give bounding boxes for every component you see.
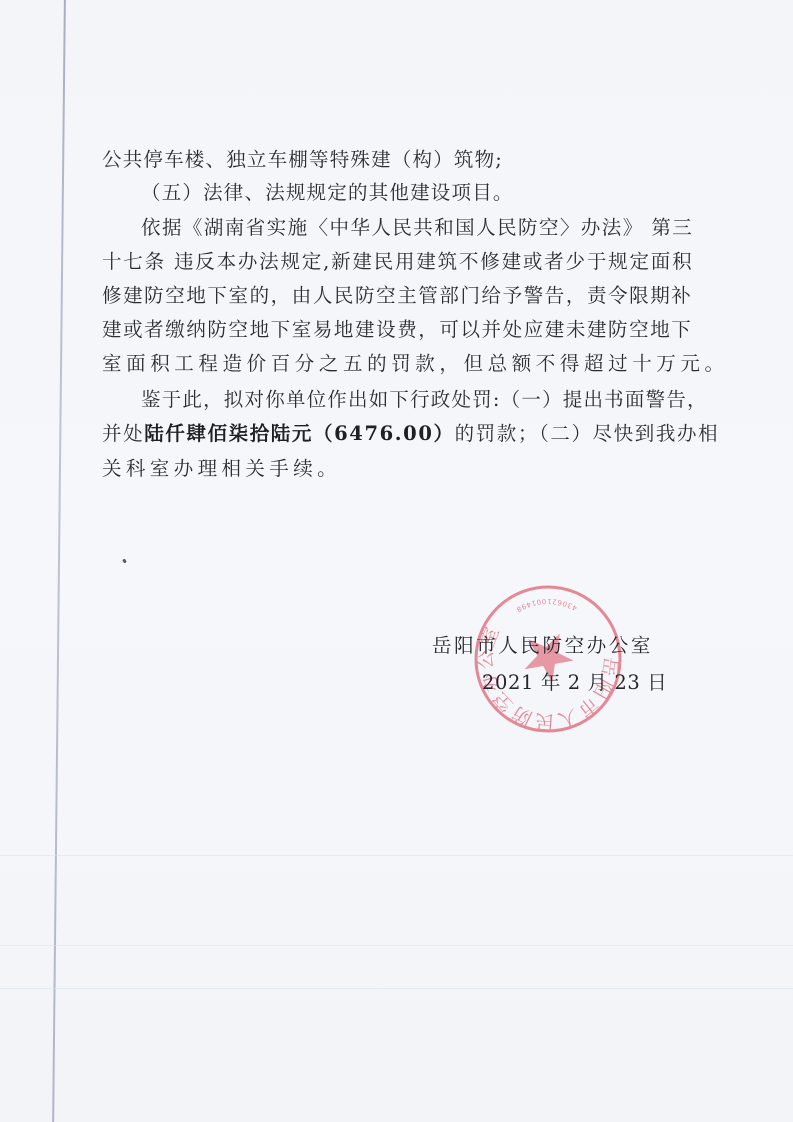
scan-artifact: [0, 945, 793, 946]
fine-amount: 陆仟肆佰柒拾陆元（6476.00）: [144, 422, 454, 445]
body-line-4: 十七条 违反本办法规定,新建民用建筑不修建或者少于规定面积: [102, 252, 692, 272]
signature-date: 2021 年 2 月 23 日: [482, 673, 667, 693]
scan-artifact: [0, 855, 793, 856]
body-line-3: 依据《湖南省实施〈中华人民共和国人民防空〉办法》 第三: [141, 218, 693, 238]
scan-speck: [122, 559, 127, 564]
svg-text:430621001498: 430621001498: [513, 591, 579, 622]
body-line-5: 修建防空地下室的，由人民防空主管部门给予警告，责令限期补: [102, 286, 692, 306]
page-edge-line: [52, 0, 66, 1122]
official-seal-stamp-icon: 岳阳市人民防空办公室 430621001498: [472, 583, 624, 735]
body-line-9: 并处陆仟肆佰柒拾陆元（6476.00）的罚款；（二）尽快到我办相: [102, 424, 719, 444]
signature-organization: 岳阳市人民防空办公室: [432, 636, 653, 656]
scan-artifact: [0, 988, 793, 989]
fine-prefix: 并处: [102, 422, 144, 445]
body-line-8: 鉴于此，拟对你单位作出如下行政处罚:（一）提出书面警告，: [141, 390, 693, 410]
body-line-1: 公共停车楼、独立车棚等特殊建（构）筑物;: [102, 150, 503, 170]
body-line-7: 室面积工程造价百分之五的罚款，但总额不得超过十万元。: [102, 354, 729, 374]
body-line-10: 关科室办理相关手续。: [102, 459, 341, 479]
body-line-2: （五）法律、法规规定的其他建设项目。: [141, 183, 514, 203]
body-line-6: 建或者缴纳防空地下室易地建设费，可以并处应建未建防空地下: [102, 320, 692, 340]
fine-suffix: 的罚款；（二）尽快到我办相: [455, 422, 720, 445]
document-page: 公共停车楼、独立车棚等特殊建（构）筑物; （五）法律、法规规定的其他建设项目。 …: [0, 0, 793, 1122]
